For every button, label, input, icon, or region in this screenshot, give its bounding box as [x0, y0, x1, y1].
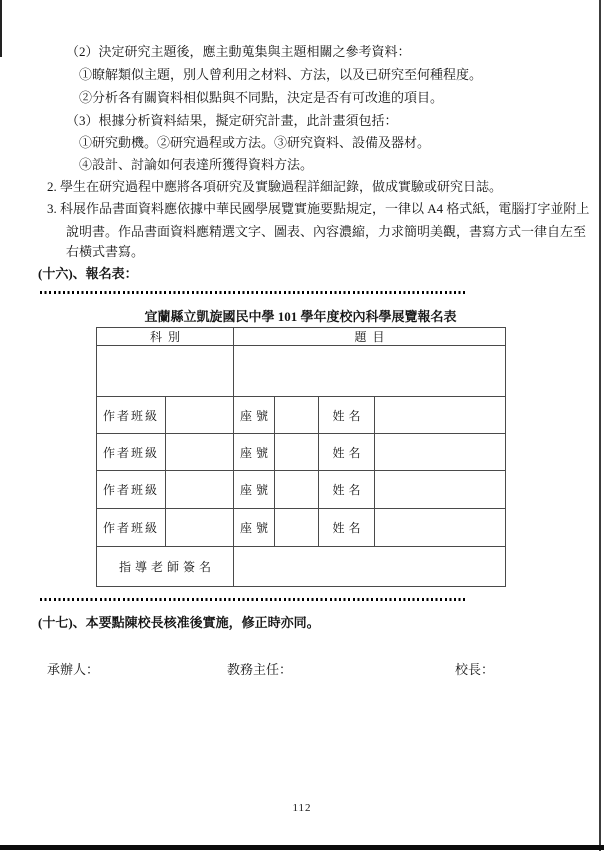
seat-input	[275, 471, 319, 509]
seat-input	[275, 434, 319, 471]
registration-form-title: 宜蘭縣立凱旋國民中學 101 學年度校內科學展覽報名表	[96, 306, 505, 325]
topic-header-cell: 題目	[234, 328, 506, 346]
name-input	[375, 509, 506, 547]
name-label: 姓名	[319, 471, 375, 509]
table-header-row: 科別 題目	[97, 328, 506, 346]
category-input-cell	[97, 346, 234, 397]
seat-label: 座號	[234, 434, 275, 471]
topic-input-cell	[234, 346, 506, 397]
name-input	[375, 471, 506, 509]
para-item-3: （3）根據分析資料結果，擬定研究計畫，此計畫須包括：	[66, 113, 398, 129]
author-class-input	[166, 434, 234, 471]
name-label: 姓名	[319, 434, 375, 471]
name-input	[375, 434, 506, 471]
principal-signoff-label: 校長：	[455, 659, 494, 678]
author-class-input	[166, 509, 234, 547]
dean-signoff-label: 教務主任：	[227, 659, 292, 678]
author-class-label: 作者班級	[97, 471, 166, 509]
author-row-4: 作者班級 座號 姓名	[97, 509, 506, 547]
name-label: 姓名	[319, 509, 375, 547]
para-item-3-sub-1: ①研究動機。②研究過程或方法。③研究資料、設備及器材。	[79, 135, 430, 151]
document-page: { "content": { "item2": "（2）決定研究主題後，應主動蒐…	[0, 0, 604, 851]
author-class-input	[166, 471, 234, 509]
para-note-3-line-1: 3. 科展作品書面資料應依據中華民國學展覽實施要點規定，一律以 A4 格式紙，電…	[47, 201, 589, 217]
section-17-heading: (十七)、本要點陳校長核准後實施，修正時亦同。	[38, 615, 320, 631]
advisor-signature-row: 指導老師簽名	[97, 547, 506, 587]
para-item-2-sub-2: ②分析各有關資料相似點與不同點，決定是否有可改進的項目。	[79, 90, 443, 106]
name-label: 姓名	[319, 397, 375, 434]
staff-signoff-label: 承辦人：	[47, 659, 99, 678]
author-class-label: 作者班級	[97, 509, 166, 547]
page-number: 112	[0, 802, 604, 814]
dotted-separator-top	[40, 291, 466, 294]
author-class-label: 作者班級	[97, 397, 166, 434]
advisor-signature-input	[234, 547, 506, 587]
author-row-2: 作者班級 座號 姓名	[97, 434, 506, 471]
author-class-input	[166, 397, 234, 434]
signoff-row: 承辦人： 教務主任： 校長：	[0, 659, 604, 677]
category-header-cell: 科別	[97, 328, 234, 346]
dotted-separator-bottom	[40, 598, 466, 601]
seat-input	[275, 397, 319, 434]
section-16-heading: (十六)、報名表：	[38, 266, 138, 282]
scan-artifact-top-left-edge	[0, 0, 2, 57]
seat-input	[275, 509, 319, 547]
para-note-2: 2. 學生在研究過程中應將各項研究及實驗過程詳細記錄，做成實驗或研究日誌。	[47, 179, 502, 195]
seat-label: 座號	[234, 471, 275, 509]
para-item-3-sub-2: ④設計、討論如何表達所獲得資料方法。	[79, 157, 313, 173]
para-note-3-line-3: 右橫式書寫。	[66, 244, 144, 260]
scan-artifact-bottom-edge	[0, 845, 604, 850]
para-item-2-sub-1: ①瞭解類似主題，別人曾利用之材料、方法，以及已研究至何種程度。	[79, 67, 482, 83]
registration-table: 科別 題目 作者班級 座號 姓名 作者班級 座號 姓名 作者班級 座號 姓名 作…	[96, 327, 506, 587]
author-row-3: 作者班級 座號 姓名	[97, 471, 506, 509]
name-input	[375, 397, 506, 434]
para-item-2: （2）決定研究主題後，應主動蒐集與主題相關之參考資料：	[66, 44, 411, 60]
entry-row	[97, 346, 506, 397]
author-row-1: 作者班級 座號 姓名	[97, 397, 506, 434]
author-class-label: 作者班級	[97, 434, 166, 471]
para-note-3-line-2: 說明書。作品書面資料應精選文字、圖表、內容濃縮，力求簡明美觀，書寫方式一律自左至	[66, 224, 586, 240]
seat-label: 座號	[234, 509, 275, 547]
scan-artifact-right-edge	[599, 0, 601, 851]
seat-label: 座號	[234, 397, 275, 434]
advisor-signature-label: 指導老師簽名	[97, 547, 234, 587]
